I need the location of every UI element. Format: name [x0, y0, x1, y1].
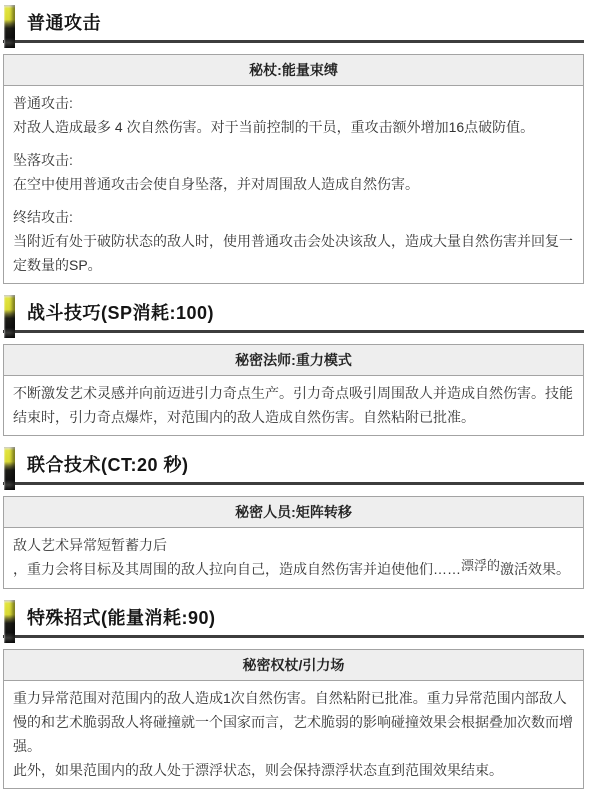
text-segment: 坠落攻击: — [13, 152, 73, 168]
text-line: 普通攻击: — [13, 91, 574, 115]
paragraph: 不断激发艺术灵感并向前迈进引力奇点生产。引力奇点吸引周围敌人并造成自然伤害。技能… — [13, 381, 574, 429]
skill-name-header: 秘密人员:矩阵转移 — [4, 497, 583, 528]
section-title: 战斗技巧(SP消耗:100) — [27, 303, 584, 323]
skill-name-header: 秘密权杖/引力场 — [4, 650, 583, 681]
text-segment: 激活效果。 — [500, 561, 570, 577]
paragraph: 坠落攻击:在空中使用普通攻击会使自身坠落，并对周围敌人造成自然伤害。 — [13, 148, 574, 196]
banner-icon — [4, 447, 15, 490]
section-header: 普通攻击 — [3, 4, 584, 43]
skill-section: 战斗技巧(SP消耗:100) 秘密法师:重力模式 不断激发艺术灵感并向前迈进引力… — [3, 294, 584, 436]
text-segment: 此外，如果范围内的敌人处于漂浮状态，则会保持漂浮状态直到范围效果结束。 — [13, 762, 503, 778]
skill-section: 特殊招式(能量消耗:90) 秘密权杖/引力场 重力异常范围对范围内的敌人造成1次… — [3, 599, 584, 789]
skill-name-header: 秘杖:能量束缚 — [4, 55, 583, 86]
text-line: 敌人艺术异常短暂蓄力后 — [13, 533, 574, 557]
text-line: 坠落攻击: — [13, 148, 574, 172]
banner-icon — [4, 600, 15, 643]
skill-box: 秘杖:能量束缚 普通攻击:对敌人造成最多 4 次自然伤害。对于当前控制的干员，重… — [3, 54, 584, 284]
paragraph: 敌人艺术异常短暂蓄力后，重力会将目标及其周围的敌人拉向自己，造成自然伤害并迫使他… — [13, 533, 574, 582]
section-header: 战斗技巧(SP消耗:100) — [3, 294, 584, 333]
text-line: 终结攻击: — [13, 205, 574, 229]
paragraph: 重力异常范围对范围内的敌人造成1次自然伤害。自然粘附已批准。重力异常范围内部敌人… — [13, 686, 574, 782]
banner-icon — [4, 5, 15, 48]
text-line: 重力异常范围对范围内的敌人造成1次自然伤害。自然粘附已批准。重力异常范围内部敌人… — [13, 686, 574, 758]
skill-description: 不断激发艺术灵感并向前迈进引力奇点生产。引力奇点吸引周围敌人并造成自然伤害。技能… — [4, 376, 583, 435]
text-segment: 当附近有处于破防状态的敌人时，使用普通攻击会处决该敌人，造成大量自然伤害并回复一… — [13, 233, 573, 273]
text-line: 对敌人造成最多 4 次自然伤害。对于当前控制的干员，重攻击额外增加16点破防值。 — [13, 115, 574, 139]
paragraph: 普通攻击:对敌人造成最多 4 次自然伤害。对于当前控制的干员，重攻击额外增加16… — [13, 91, 574, 139]
skill-box: 秘密法师:重力模式 不断激发艺术灵感并向前迈进引力奇点生产。引力奇点吸引周围敌人… — [3, 344, 584, 436]
skill-page: 普通攻击 秘杖:能量束缚 普通攻击:对敌人造成最多 4 次自然伤害。对于当前控制… — [0, 0, 595, 801]
skill-description: 普通攻击:对敌人造成最多 4 次自然伤害。对于当前控制的干员，重攻击额外增加16… — [4, 86, 583, 283]
skill-description: 重力异常范围对范围内的敌人造成1次自然伤害。自然粘附已批准。重力异常范围内部敌人… — [4, 681, 583, 788]
skill-section: 普通攻击 秘杖:能量束缚 普通攻击:对敌人造成最多 4 次自然伤害。对于当前控制… — [3, 4, 584, 284]
text-line: 不断激发艺术灵感并向前迈进引力奇点生产。引力奇点吸引周围敌人并造成自然伤害。技能… — [13, 381, 574, 429]
skill-description: 敌人艺术异常短暂蓄力后，重力会将目标及其周围的敌人拉向自己，造成自然伤害并迫使他… — [4, 528, 583, 588]
text-segment: 对敌人造成最多 4 次自然伤害。对于当前控制的干员，重攻击额外增加16点破防值。 — [13, 119, 534, 135]
banner-icon — [4, 295, 15, 338]
text-segment: 重力异常范围对范围内的敌人造成1次自然伤害。自然粘附已批准。重力异常范围内部敌人… — [13, 690, 573, 754]
text-segment: 在空中使用普通攻击会使自身坠落，并对周围敌人造成自然伤害。 — [13, 176, 419, 192]
skill-section: 联合技术(CT:20 秒) 秘密人员:矩阵转移 敌人艺术异常短暂蓄力后，重力会将… — [3, 446, 584, 589]
skill-box: 秘密权杖/引力场 重力异常范围对范围内的敌人造成1次自然伤害。自然粘附已批准。重… — [3, 649, 584, 789]
text-line: ，重力会将目标及其周围的敌人拉向自己，造成自然伤害并迫使他们……漂浮的激活效果。 — [13, 557, 574, 582]
paragraph: 终结攻击:当附近有处于破防状态的敌人时，使用普通攻击会处决该敌人，造成大量自然伤… — [13, 205, 574, 277]
raised-term: 漂浮的 — [461, 558, 500, 573]
text-segment: 终结攻击: — [13, 209, 73, 225]
text-line: 当附近有处于破防状态的敌人时，使用普通攻击会处决该敌人，造成大量自然伤害并回复一… — [13, 229, 574, 277]
section-title: 特殊招式(能量消耗:90) — [27, 608, 584, 628]
text-segment: 不断激发艺术灵感并向前迈进引力奇点生产。引力奇点吸引周围敌人并造成自然伤害。技能… — [13, 385, 573, 425]
section-header: 特殊招式(能量消耗:90) — [3, 599, 584, 638]
text-segment: 敌人艺术异常短暂蓄力后 — [13, 537, 167, 553]
text-segment: 普通攻击: — [13, 95, 73, 111]
skill-box: 秘密人员:矩阵转移 敌人艺术异常短暂蓄力后，重力会将目标及其周围的敌人拉向自己，… — [3, 496, 584, 589]
section-header: 联合技术(CT:20 秒) — [3, 446, 584, 485]
section-title: 普通攻击 — [27, 13, 584, 33]
text-line: 在空中使用普通攻击会使自身坠落，并对周围敌人造成自然伤害。 — [13, 172, 574, 196]
section-title: 联合技术(CT:20 秒) — [27, 455, 584, 475]
text-segment: ，重力会将目标及其周围的敌人拉向自己，造成自然伤害并迫使他们…… — [13, 561, 461, 577]
text-line: 此外，如果范围内的敌人处于漂浮状态，则会保持漂浮状态直到范围效果结束。 — [13, 758, 574, 782]
skill-name-header: 秘密法师:重力模式 — [4, 345, 583, 376]
